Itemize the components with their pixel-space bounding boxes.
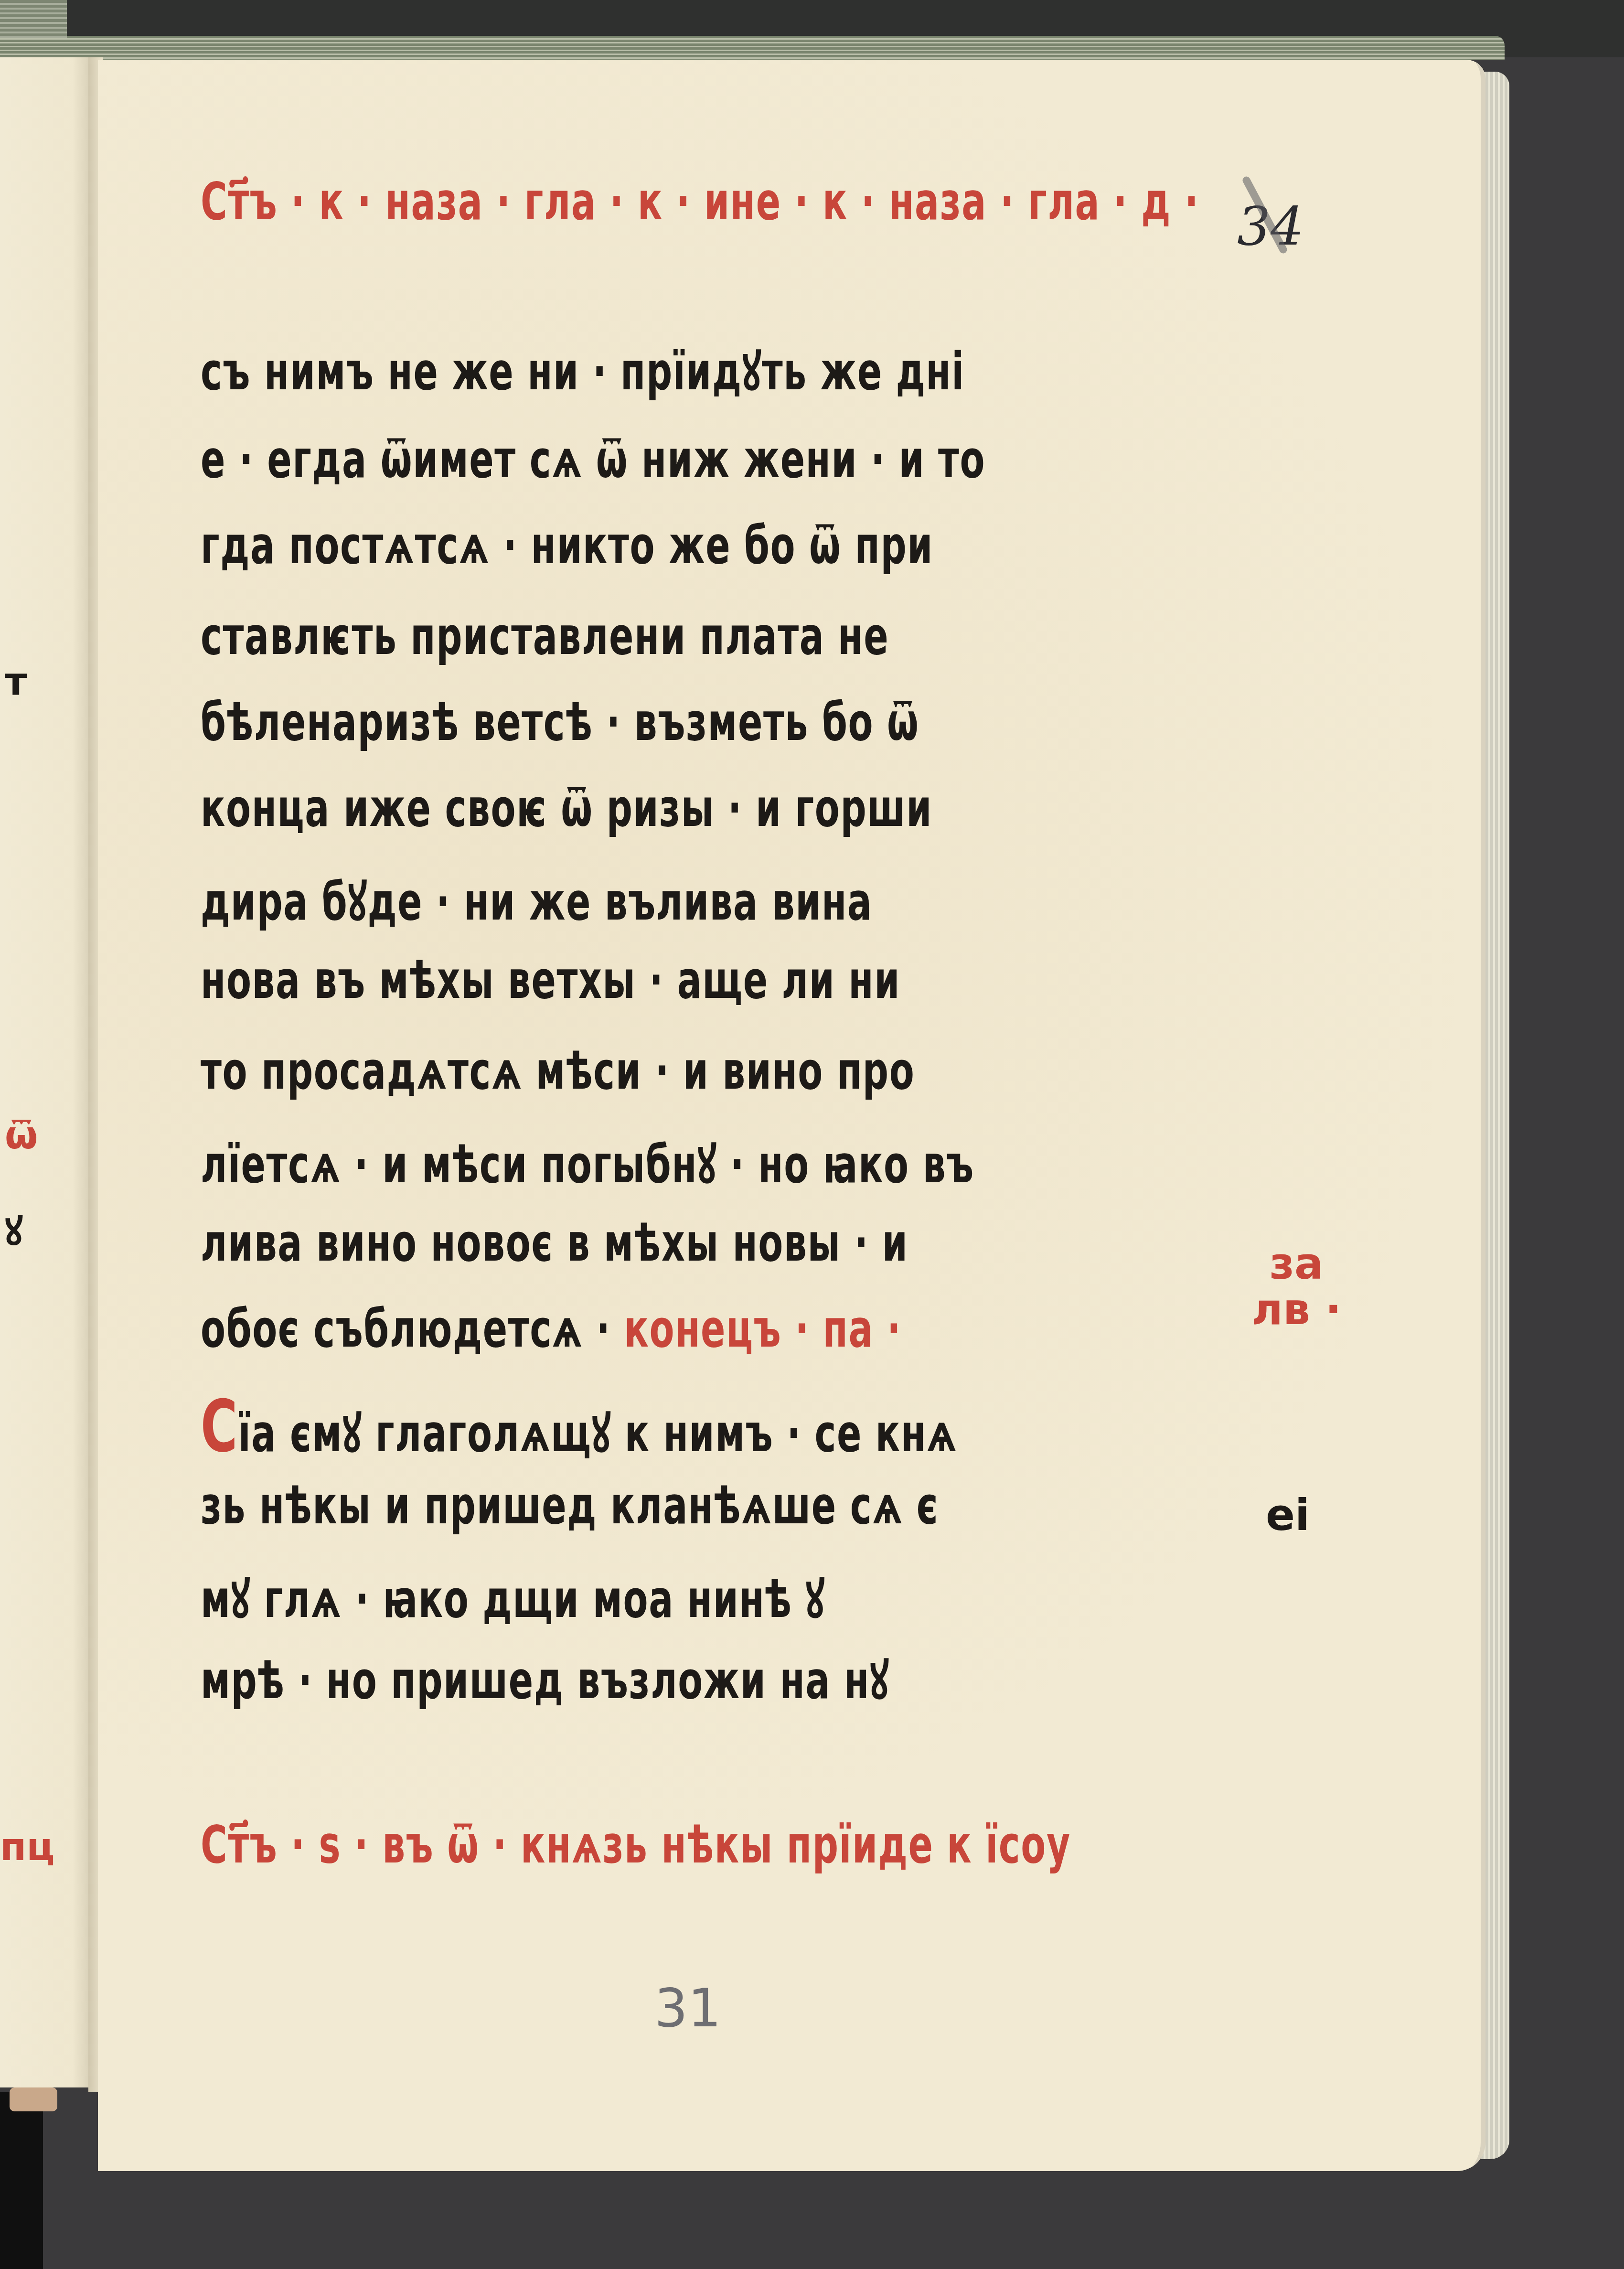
text-line: бѣленаризѣ ветсѣ · възметь бо ѿ: [201, 693, 919, 752]
text-line: зь нѣкы и пришед кланѣѧше сѧ є: [201, 1476, 939, 1536]
red-initial: С: [201, 1385, 238, 1468]
margin-note-black: еі: [1266, 1490, 1310, 1541]
text-line: конца иже своѥ ѿ ризы · и горши: [201, 779, 932, 838]
text-line: лива вино новоє в мѣхы новы · и: [201, 1213, 908, 1273]
facing-page-rubric-letter: ѿ: [5, 1113, 38, 1157]
facing-page-rubric-letter: пц: [0, 1825, 55, 1869]
text-line: нова въ мѣхы ветхы · аще ли ни: [201, 951, 900, 1010]
footer-rubric: Ст҃ъ · ѕ · въ ѿ · кнѧзь нѣкы прїиде к їс…: [201, 1815, 1071, 1875]
text-segment: обоє съблюдетсѧ ·: [201, 1299, 611, 1359]
text-line-with-initial: Сїа ємꙋ глаголѧщꙋ к нимъ · се кнѧ: [201, 1385, 957, 1468]
text-line: е · егда ѿимет сѧ ѿ ниж жени · и то: [201, 430, 985, 490]
inline-rubric: конецъ · па ·: [624, 1299, 902, 1359]
facing-page-letter: т: [5, 659, 27, 704]
text-line: мꙋ глѧ · ꙗко дщи моа нинѣ ꙋ: [201, 1562, 825, 1632]
headband-thread: [10, 2087, 57, 2111]
text-line: ставлѥть приставлени плата не: [201, 607, 889, 666]
text-line: то просадѧтсѧ мѣси · и вино про: [201, 1041, 915, 1101]
margin-note-red-line: лв ·: [1251, 1287, 1341, 1333]
text-line: гда постѧтсѧ · никто же бо ѿ при: [201, 516, 933, 576]
text-line: съ нимъ не же ни · прїидꙋть же дні: [201, 334, 965, 405]
margin-note-red-line: за: [1251, 1242, 1341, 1287]
facing-page-letter: ꙋ: [5, 1204, 23, 1256]
facing-page-fragment: [0, 57, 91, 2087]
text-segment: їа ємꙋ глаголѧщꙋ к нимъ · се кнѧ: [238, 1404, 958, 1464]
text-line-with-rubric: обоє съблюдетсѧ · конецъ · па ·: [201, 1299, 901, 1359]
page-stack-top-edge: [0, 36, 1505, 60]
text-line: мрѣ · но пришед възложи на нꙋ: [201, 1643, 889, 1713]
binding-strip: [0, 2092, 43, 2269]
header-rubric: Ст҃ъ · к · наза · гла · к · ине · к · на…: [201, 172, 1199, 232]
text-line: лїетсѧ · и мѣси погыбнꙋ · но ꙗко въ: [201, 1127, 974, 1198]
page-stack-corner: [0, 0, 67, 38]
pencil-folio-number: 31: [654, 1978, 721, 2039]
margin-note-red: за лв ·: [1251, 1242, 1341, 1332]
text-line: дира бꙋде · ни же вълива вина: [201, 865, 873, 935]
